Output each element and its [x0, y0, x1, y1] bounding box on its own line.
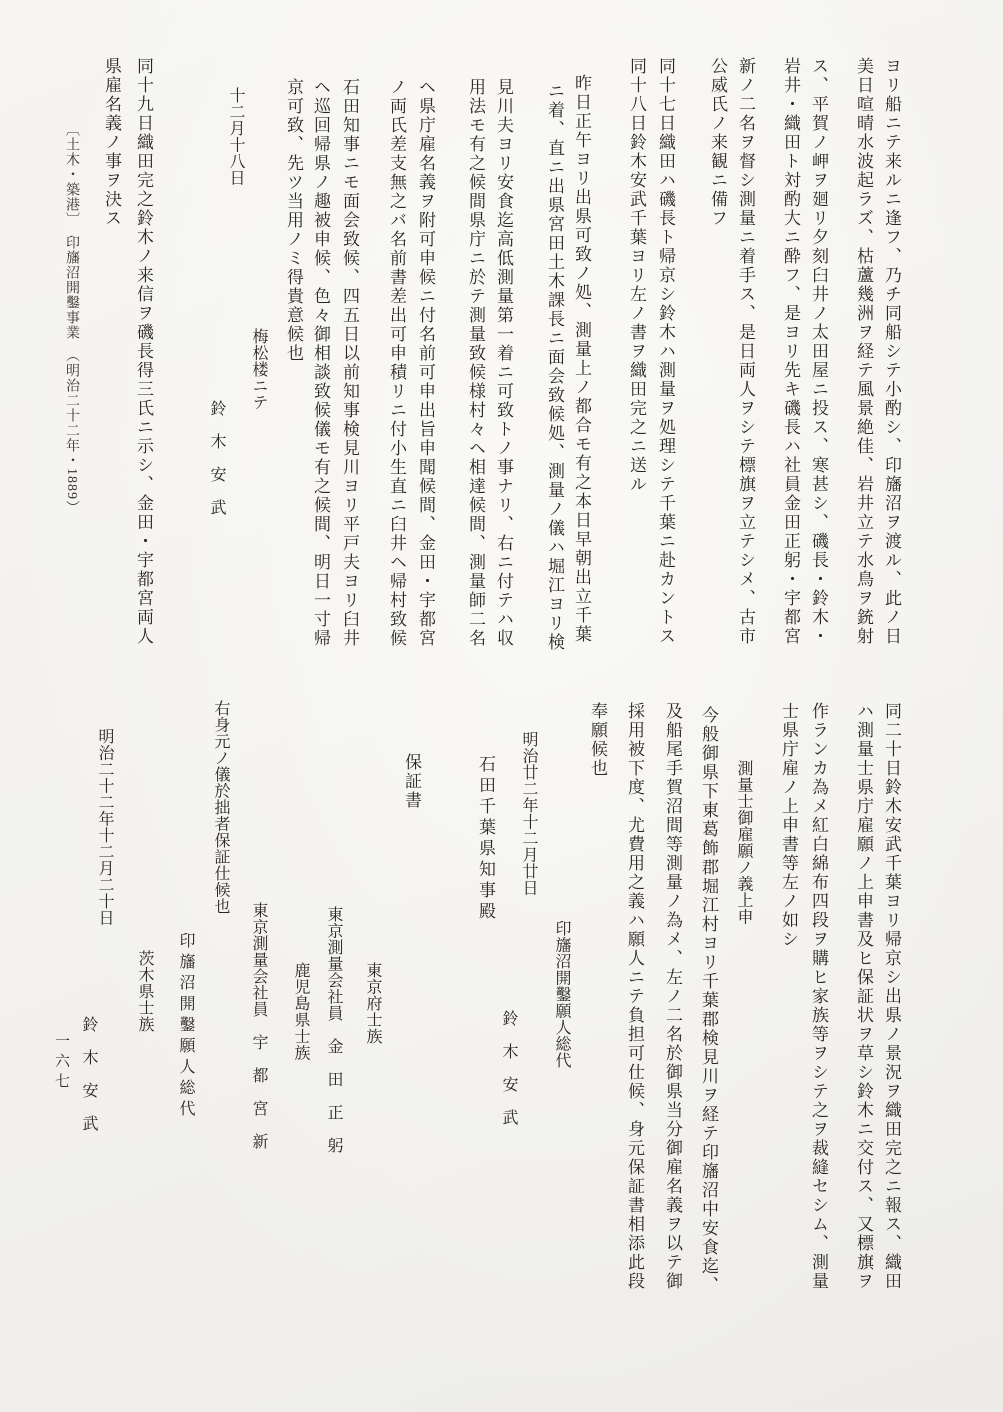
- letter-text-column: 京可致、先ツ当用ノミ得貴意候也: [285, 78, 302, 363]
- addressee-line: 石田千葉県知事殿: [477, 755, 494, 923]
- surety-name-line: 東京測量会社員 宇 都 宮 新: [250, 902, 266, 1150]
- diary-text-column: ス、平賀ノ岬ヲ廻リ夕刻臼井ノ太田屋ニ投ス、寒甚シ、磯長・鈴木・: [810, 57, 827, 646]
- running-title: 〔土木・築港〕 印旛沼開鑿事業 （明治二十二年・1889）: [64, 122, 78, 515]
- petition-text-column: 今般御県下東葛飾郡堀江村ヨリ千葉郡検見川ヲ経テ印旛沼中安食迄、: [700, 706, 717, 1295]
- diary-text-column: 新ノ二名ヲ督シ測量ニ着手ス、是日両人ヲシテ標旗ヲ立テシメ、古市: [737, 57, 754, 646]
- guarantor-title-line: 印旛沼開鑿願人総代: [177, 932, 193, 1121]
- letter-text-column: 用法モ有之候間県庁ニ於テ測量致候様村々ヘ相達候間、測量師二名: [467, 78, 484, 648]
- guarantor-status-line: 茨木県士族: [136, 950, 152, 1033]
- letter-text-column: ヘ県庁雇名義ヲ附可申候ニ付名前可申出旨申聞候間、金田・宇都宮: [417, 78, 434, 648]
- letter-text-column: ヘ巡回帰県ノ趣被申候、色々御相談致候儀モ有之候間、明日一寸帰: [312, 78, 329, 648]
- diary-text-column: 公威氏ノ来観ニ備フ: [709, 57, 726, 228]
- surety-status-line: 鹿児島県士族: [292, 962, 308, 1061]
- scanned-document-page: ヨリ船ニテ来ルニ逢フ、乃チ同船シテ小酌シ、印旛沼ヲ渡ル、此ノ日 美日喧晴水波起ラ…: [0, 0, 1003, 1412]
- diary-text-column: 同十七日織田ハ磯長ト帰京シ鈴木ハ測量ヲ処理シテ千葉ニ赴カントス: [657, 57, 674, 646]
- diary-text-column: 同十八日鈴木安武千葉ヨリ左ノ書ヲ織田完之ニ送ル: [628, 57, 645, 494]
- certificate-title: 保証書: [403, 753, 420, 810]
- diary-text-column: 同二十日鈴木安武千葉ヨリ帰京シ出県ノ景況ヲ織田完之ニ報ス、織田: [883, 702, 900, 1291]
- letter-text-column: ノ両氏差支無之バ名前書差出可申積リニ付小生直ニ臼井ヘ帰村致候: [388, 78, 405, 648]
- diary-text-column: 作ランカ為メ紅白綿布四段ヲ購ヒ家族等ヲシテ之ヲ裁縫セシム、測量: [810, 702, 827, 1291]
- diary-text-column: 士県庁雇ノ上申書等左ノ如シ: [780, 702, 797, 949]
- letter-text-column: ニ着、直ニ出県宮田土木課長ニ面会致候処、測量ノ儀ハ堀江ヨリ検: [546, 82, 563, 652]
- letter-text-column: 見川夫ヨリ安食迄高低測量第一着ニ可致トノ事ナリ、右ニ付テハ収: [495, 78, 512, 648]
- guarantor-signature: 鈴 木 安 武: [80, 1016, 96, 1132]
- surety-name-line: 東京測量会社員 金 田 正 躬: [325, 906, 341, 1154]
- petition-text-column: 奉願候也: [589, 702, 606, 778]
- diary-text-column: ハ測量士県庁雇願ノ上申書及ヒ保証状ヲ草シ鈴木ニ交付ス、又標旗ヲ: [855, 702, 872, 1291]
- letter-place-line: 梅松楼ニテ: [250, 328, 266, 411]
- letter-text-column: 石田知事ニモ面会致候、四五日以前知事検見川ヨリ平戸夫ヨリ臼井: [341, 78, 358, 648]
- diary-text-column: 美日喧晴水波起ラズ、枯蘆幾洲ヲ経テ風景絶佳、岩井立テ水鳥ヲ銃射: [855, 57, 872, 646]
- diary-text-column: 同十九日織田完之鈴木ノ来信ヲ磯長得三氏ニ示シ、金田・宇都宮両人: [135, 57, 152, 646]
- petition-text-column: 及船尾手賀沼間等測量ノ為メ、左ノ二名於御県当分御雇名義ヲ以テ御: [664, 702, 681, 1291]
- page-number: 一六七: [53, 1033, 68, 1093]
- petitioner-title-line: 印旛沼開鑿願人総代: [553, 920, 569, 1069]
- letter-text-column: 昨日正午ヨリ出県可致ノ処、測量上ノ都合モ有之本日早朝出立千葉: [573, 74, 590, 644]
- certificate-date-line: 明治二十二年十二月二十日: [96, 728, 112, 926]
- letter-date-line: 十二月十八日: [227, 87, 243, 186]
- diary-text-column: 岩井・織田ト対酌大ニ酔フ、是ヨリ先キ磯長ハ社員金田正躬・宇都宮: [782, 57, 799, 646]
- surety-status-line: 東京府士族: [364, 962, 380, 1045]
- petition-signature: 鈴 木 安 武: [500, 1010, 516, 1126]
- diary-text-column: 県雇名義ノ事ヲ決ス: [103, 57, 120, 228]
- letter-signature: 鈴 木 安 武: [208, 400, 224, 516]
- diary-text-column: ヨリ船ニテ来ルニ逢フ、乃チ同船シテ小酌シ、印旛沼ヲ渡ル、此ノ日: [883, 57, 900, 646]
- petition-title: 測量士御雇願ノ義上申: [735, 760, 751, 925]
- certificate-text-column: 右身元ノ儀於拙者保証仕候也: [212, 700, 228, 915]
- petition-date-line: 明治廿二年十二月廿日: [520, 731, 536, 896]
- petition-text-column: 採用被下度、尤費用之義ハ願人ニテ負担可仕候、身元保証書相添此段: [626, 702, 643, 1291]
